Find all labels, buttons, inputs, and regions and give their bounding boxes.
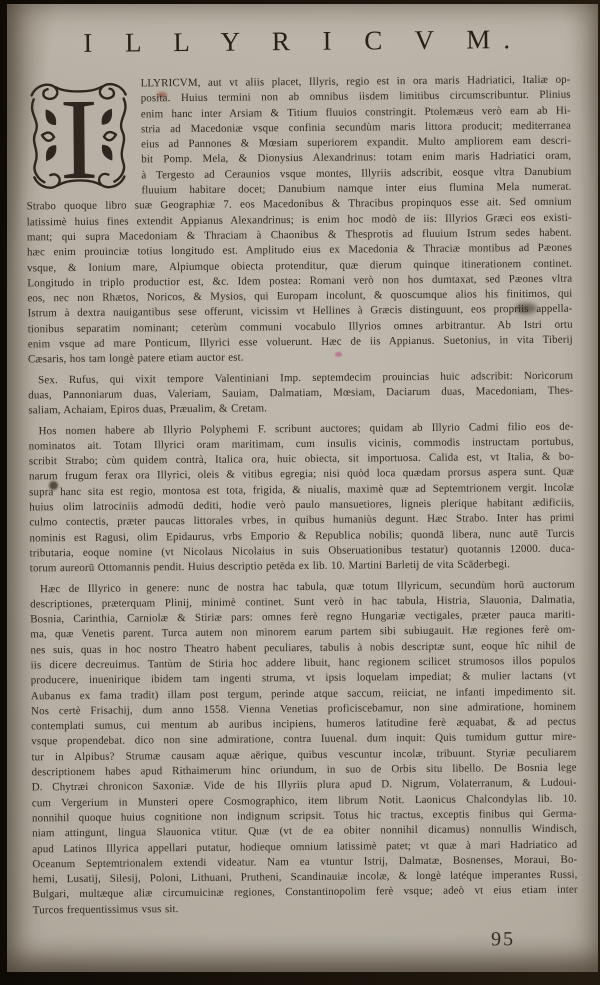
paper-sheet: I L L Y R I C V M. I LLYRICVM, aut vt al… [7, 4, 598, 972]
book-page-photo: I L L Y R I C V M. I LLYRICVM, aut vt al… [0, 0, 600, 985]
paragraph: Hæc de Illyrico in genere: nunc de nostr… [30, 577, 578, 918]
page-title: I L L Y R I C V M. [25, 24, 568, 60]
paragraph: Hos nomen habere ab Illyrio Polyphemi F.… [29, 419, 575, 577]
drop-cap-ornament: I [26, 78, 133, 192]
text-block: I LLYRICVM, aut vt aliis placet, Illyris… [25, 73, 577, 919]
page-number: 95 [33, 928, 576, 956]
page-content: I L L Y R I C V M. I LLYRICVM, aut vt al… [3, 1, 600, 955]
drop-cap-letter: I [59, 78, 99, 192]
paragraph: Sex. Rufus, qui vixit tempore Valentinia… [28, 368, 573, 419]
paragraph: I LLYRICVM, aut vt aliis placet, Illyris… [25, 73, 573, 368]
